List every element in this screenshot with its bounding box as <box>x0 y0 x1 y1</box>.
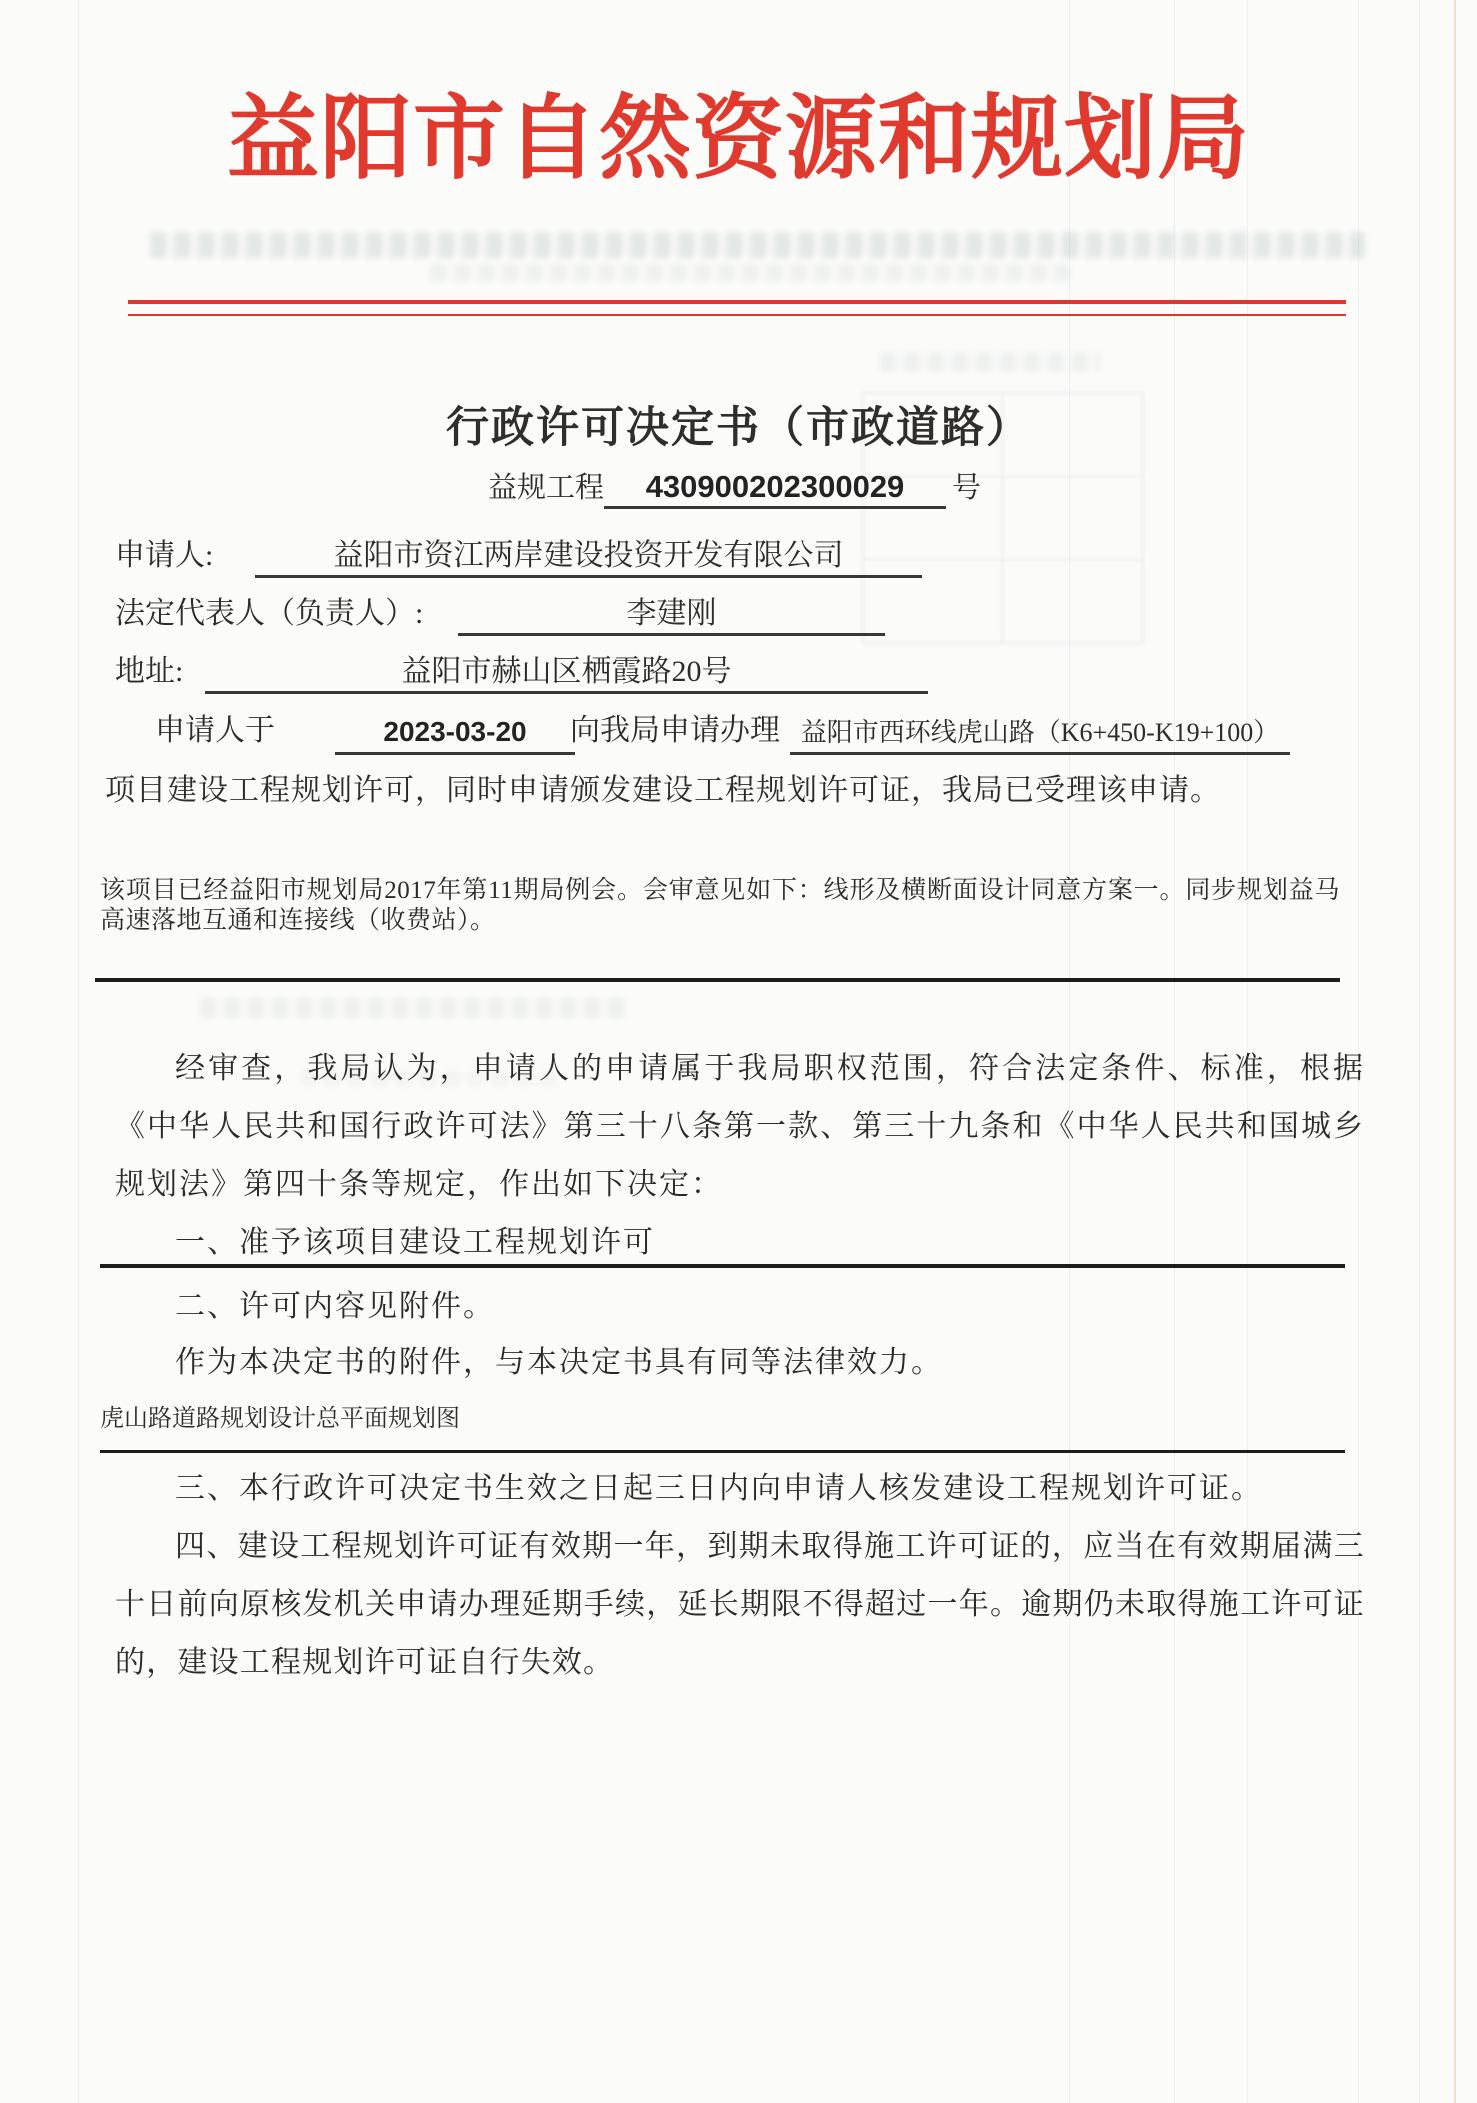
section-rule-2 <box>100 1264 1345 1268</box>
scanned-document-page: 益阳市自然资源和规划局 行政许可决定书（市政道路） 益规工程 430900202… <box>0 0 1477 2103</box>
letterhead-title: 益阳市自然资源和规划局 <box>0 84 1477 194</box>
section-rule-1 <box>95 978 1340 982</box>
applicant-value: 益阳市资江两岸建设投资开发有限公司 <box>255 537 922 575</box>
attachment-name: 虎山路道路规划设计总平面规划图 <box>100 1404 460 1434</box>
application-date: 2023-03-20 <box>335 714 575 750</box>
decision-item-2: 二、许可内容见附件。 <box>115 1278 1365 1336</box>
doc-number-suffix: 号 <box>952 470 981 507</box>
address-underline <box>205 691 928 694</box>
applicant-underline <box>255 575 922 578</box>
address-label: 地址: <box>115 653 183 691</box>
letterhead-rule-top <box>128 300 1346 304</box>
legal-rep-label: 法定代表人（负责人）: <box>115 595 423 633</box>
application-middle-label: 向我局申请办理 <box>570 712 780 750</box>
review-note: 该项目已经益阳市规划局2017年第11期局例会。会审意见如下：线形及横断面设计同… <box>100 876 1340 936</box>
address-value: 益阳市赫山区栖霞路20号 <box>205 653 928 691</box>
bleed-through-row <box>880 352 1100 372</box>
bleed-through-row <box>150 232 1365 258</box>
doc-number-prefix: 益规工程 <box>488 470 604 507</box>
legal-rep-value: 李建刚 <box>458 595 885 633</box>
scan-streak <box>1419 0 1420 2103</box>
legal-rep-underline <box>458 633 885 636</box>
attachment-note: 作为本决定书的附件，与本决定书具有同等法律效力。 <box>115 1334 1365 1392</box>
applicant-label: 申请人: <box>115 537 213 575</box>
document-title: 行政许可决定书（市政道路） <box>0 394 1477 455</box>
doc-number-value: 430900202300029 <box>604 468 946 506</box>
bleed-through-row <box>430 264 1070 282</box>
letterhead-rule-bottom <box>128 314 1346 316</box>
application-prefix-label: 申请人于 <box>155 712 275 750</box>
application-date-underline <box>335 752 575 755</box>
application-project-underline <box>790 752 1290 755</box>
scan-streak <box>1454 0 1456 2103</box>
scan-streak <box>78 0 79 2103</box>
bleed-through-row <box>200 998 630 1018</box>
section-rule-3 <box>100 1450 1345 1453</box>
application-suffix-line: 项目建设工程规划许可，同时申请颁发建设工程规划许可证，我局已受理该申请。 <box>105 772 1385 810</box>
decision-item-3: 三、本行政许可决定书生效之日起三日内向申请人核发建设工程规划许可证。 <box>115 1460 1365 1518</box>
application-project-value: 益阳市西环线虎山路（K6+450-K19+100） <box>790 716 1290 750</box>
doc-number-underline <box>604 506 946 509</box>
decision-item-4: 四、建设工程规划许可证有效期一年，到期未取得施工许可证的，应当在有效期届满三十日… <box>115 1518 1365 1692</box>
decision-intro: 经审查，我局认为，申请人的申请属于我局职权范围，符合法定条件、标准，根据《中华人… <box>115 1040 1365 1214</box>
